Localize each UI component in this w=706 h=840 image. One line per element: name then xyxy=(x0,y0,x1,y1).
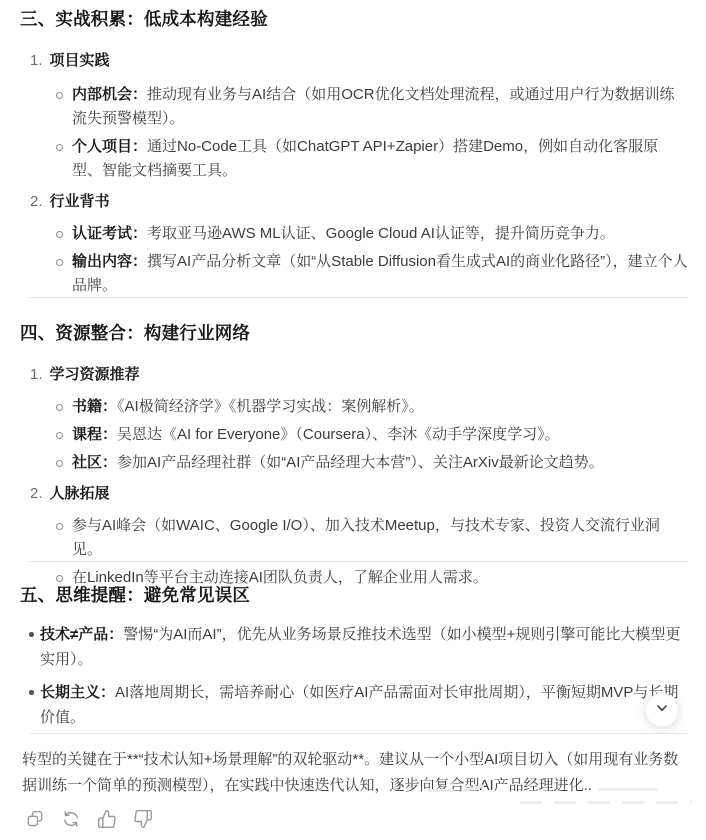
section-divider xyxy=(28,297,688,298)
copy-icon xyxy=(25,809,45,832)
list-item: 长期主义：AI落地周期长，需培养耐心（如医疗AI产品需面对长审批周期），平衡短期… xyxy=(40,680,688,730)
copy-button[interactable] xyxy=(24,809,46,831)
section-reminders: 五、思维提醒：避免常见误区 技术≠产品：警惕“为AI而AI”，优先从业务场景反推… xyxy=(0,561,706,738)
bullet-list: 认证考试：考取亚马逊AWS ML认证、Google Cloud AI认证等，提升… xyxy=(20,222,688,298)
numbered-item-title: 2. 行业背书 xyxy=(30,191,688,212)
regenerate-icon xyxy=(61,809,81,832)
thumbs-up-button[interactable] xyxy=(96,809,118,831)
watermark-artifact xyxy=(520,801,692,804)
section-heading: 四、资源整合：构建行业网络 xyxy=(20,320,688,346)
list-item: 课程：吴恩达《AI for Everyone》（Coursera）、李沐《动手学… xyxy=(72,423,688,447)
list-item: 书籍：《AI极简经济学》《机器学习实战：案例解析》。 xyxy=(72,395,688,419)
item-number: 1. xyxy=(30,50,43,71)
thumbs-down-button[interactable] xyxy=(132,809,154,831)
section-heading: 三、实战积累：低成本构建经验 xyxy=(20,6,688,32)
list-item: 内部机会：推动现有业务与AI结合（如用OCR优化文档处理流程，或通过用户行为数据… xyxy=(72,83,688,131)
section-resources: 四、资源整合：构建行业网络 1. 学习资源推荐 书籍：《AI极简经济学》《机器学… xyxy=(0,297,706,594)
numbered-item-title: 2. 人脉拓展 xyxy=(30,483,688,504)
section-practice: 三、实战积累：低成本构建经验 1. 项目实践 内部机会：推动现有业务与AI结合（… xyxy=(0,6,706,302)
summary-paragraph: 转型的关键在于**“技术认知+场景理解”的双轮驱动**。建议从一个小型AI项目切… xyxy=(22,747,688,799)
regenerate-button[interactable] xyxy=(60,809,82,831)
section-heading: 五、思维提醒：避免常见误区 xyxy=(20,582,688,608)
scroll-to-bottom-button[interactable] xyxy=(645,693,679,727)
chat-answer-page: 三、实战积累：低成本构建经验 1. 项目实践 内部机会：推动现有业务与AI结合（… xyxy=(0,0,706,840)
footer-divider xyxy=(30,733,688,734)
item-number: 2. xyxy=(30,191,43,212)
watermark-artifact xyxy=(428,789,454,792)
section-divider xyxy=(28,561,688,562)
thumbs-down-icon xyxy=(133,809,153,832)
bullet-list: 技术≠产品：警惕“为AI而AI”，优先从业务场景反推技术选型（如小模型+规则引擎… xyxy=(20,622,688,730)
bullet-list: 内部机会：推动现有业务与AI结合（如用OCR优化文档处理流程，或通过用户行为数据… xyxy=(20,83,688,183)
list-item: 社区：参加AI产品经理社群（如“AI产品经理大本营”）、关注ArXiv最新论文趋… xyxy=(72,451,688,475)
list-item: 个人项目：通过No-Code工具（如ChatGPT API+Zapier）搭建D… xyxy=(72,135,688,183)
answer-footer: 转型的关键在于**“技术认知+场景理解”的双轮驱动**。建议从一个小型AI项目切… xyxy=(0,733,706,831)
watermark-artifact xyxy=(598,788,658,791)
numbered-item-title: 1. 学习资源推荐 xyxy=(30,364,688,385)
item-number: 2. xyxy=(30,483,43,504)
list-item: 认证考试：考取亚马逊AWS ML认证、Google Cloud AI认证等，提升… xyxy=(72,222,688,246)
chevron-down-icon xyxy=(654,700,670,721)
item-number: 1. xyxy=(30,364,43,385)
bullet-list: 书籍：《AI极简经济学》《机器学习实战：案例解析》。 课程：吴恩达《AI for… xyxy=(20,395,688,475)
message-action-bar xyxy=(24,809,688,831)
numbered-item-title: 1. 项目实践 xyxy=(30,50,688,71)
list-item: 输出内容：撰写AI产品分析文章（如“从Stable Diffusion看生成式A… xyxy=(72,250,688,298)
list-item: 技术≠产品：警惕“为AI而AI”，优先从业务场景反推技术选型（如小模型+规则引擎… xyxy=(40,622,688,672)
thumbs-up-icon xyxy=(97,809,117,832)
list-item: 参与AI峰会（如WAIC、Google I/O）、加入技术Meetup，与技术专… xyxy=(72,514,688,562)
